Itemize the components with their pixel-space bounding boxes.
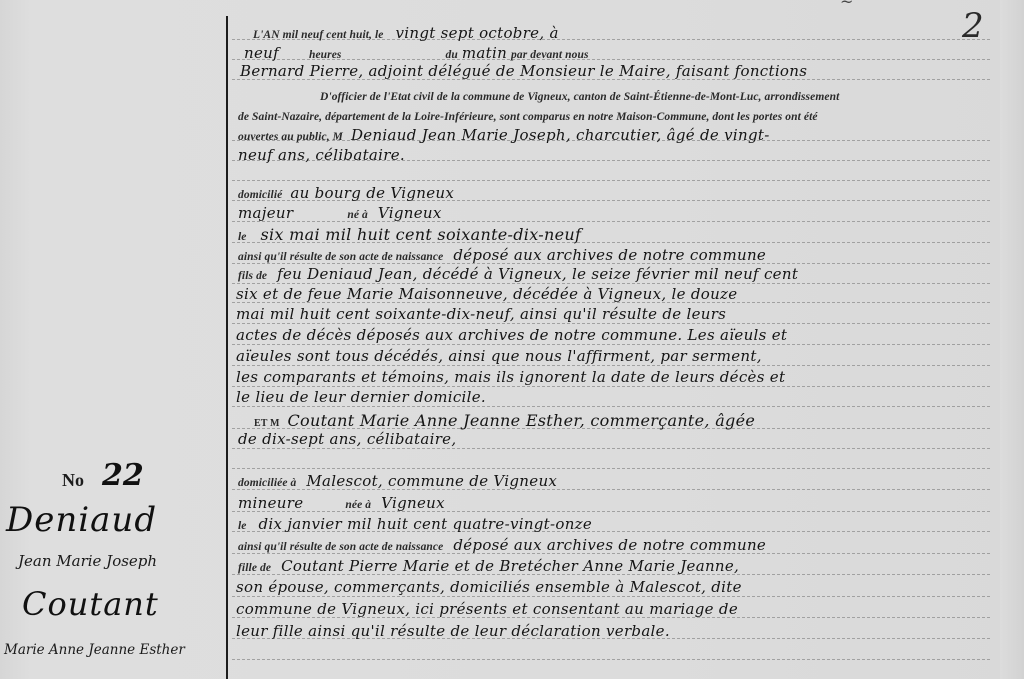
- handwritten-text: au bourg de Vigneux: [290, 184, 454, 202]
- entry-line: ainsi qu'il résulte de son acte de naiss…: [238, 248, 766, 264]
- entry-line: neuf heures du matin par devant nous: [244, 46, 589, 62]
- printed-text: heures: [309, 49, 342, 61]
- entry-line: majeur né à Vigneux: [238, 206, 442, 222]
- handwritten-text: matin: [462, 44, 507, 62]
- entry-number-label: No: [62, 470, 84, 491]
- handwritten-text: commune de Vigneux, ici présents et cons…: [236, 600, 738, 618]
- handwritten-text: six mai mil huit cent soixante-dix-neuf: [261, 225, 582, 244]
- handwritten-text: six et de feue Marie Maisonneuve, décédé…: [236, 285, 737, 303]
- handwritten-text: le lieu de leur dernier domicile.: [236, 388, 486, 406]
- handwritten-text: aïeules sont tous décédés, ainsi que nou…: [236, 347, 762, 365]
- entry-line: les comparants et témoins, mais ils igno…: [236, 370, 785, 386]
- entry-line: leur fille ainsi qu'il résulte de leur d…: [236, 624, 670, 640]
- handwritten-text: Vigneux: [378, 204, 442, 222]
- printed-text: domicilié: [238, 189, 282, 201]
- entry-line: domiciliée à Malescot, commune de Vigneu…: [238, 474, 557, 490]
- ruled-line: [232, 344, 990, 345]
- entry-line: son épouse, commerçants, domiciliés ense…: [236, 580, 742, 596]
- entry-line: mai mil huit cent soixante-dix-neuf, ain…: [236, 307, 726, 323]
- handwritten-text: actes de décès déposés aux archives de n…: [236, 326, 787, 344]
- entry-line: le lieu de leur dernier domicile.: [236, 390, 486, 406]
- pencil-annotation: ~: [840, 0, 853, 11]
- entry-line: ET M Coutant Marie Anne Jeanne Esther, c…: [254, 413, 755, 430]
- ruled-line: [232, 180, 990, 181]
- groom-surname: Deniaud: [6, 500, 157, 540]
- entry-line: domicilié au bourg de Vigneux: [238, 186, 454, 202]
- entry-line: de Saint-Nazaire, département de la Loir…: [238, 108, 818, 124]
- printed-text: ainsi qu'il résulte de son acte de naiss…: [238, 251, 443, 263]
- handwritten-text: son épouse, commerçants, domiciliés ense…: [236, 578, 742, 596]
- handwritten-text: vingt sept octobre, à: [396, 24, 559, 42]
- handwritten-text: feu Deniaud Jean, décédé à Vigneux, le s…: [277, 265, 798, 283]
- page-mark: 2: [962, 6, 984, 46]
- entry-line: fille de Coutant Pierre Marie et de Bret…: [238, 559, 739, 575]
- handwritten-text: déposé aux archives de notre commune: [453, 246, 766, 264]
- handwritten-text: neuf: [244, 44, 279, 62]
- handwritten-text: dix janvier mil huit cent quatre-vingt-o…: [259, 515, 593, 533]
- ruled-line: [232, 283, 990, 284]
- printed-text: ET M: [254, 418, 280, 429]
- entry-line: six et de feue Marie Maisonneuve, décédé…: [236, 287, 737, 303]
- ruled-line: [232, 386, 990, 387]
- ruled-line: [232, 448, 990, 449]
- groom-given-names: Jean Marie Joseph: [18, 552, 157, 570]
- printed-text: domiciliée à: [238, 477, 296, 489]
- entry-line: fils de feu Deniaud Jean, décédé à Vigne…: [238, 267, 798, 283]
- entry-line: mineure née à Vigneux: [238, 496, 445, 512]
- handwritten-text: déposé aux archives de notre commune: [453, 536, 766, 554]
- handwritten-text: leur fille ainsi qu'il résulte de leur d…: [236, 622, 670, 640]
- printed-text: par devant nous: [511, 49, 589, 61]
- handwritten-text: mineure: [238, 494, 303, 512]
- printed-text: D'officier de l'Etat civil de la commune…: [320, 91, 839, 103]
- handwritten-text: de dix-sept ans, célibataire,: [238, 430, 456, 448]
- handwritten-text: Coutant Marie Anne Jeanne Esther, commer…: [288, 411, 756, 430]
- entry-line: D'officier de l'Etat civil de la commune…: [320, 88, 839, 104]
- bride-given-names: Marie Anne Jeanne Esther: [4, 642, 185, 658]
- handwritten-text: Bernard Pierre, adjoint délégué de Monsi…: [240, 62, 807, 80]
- handwritten-text: Deniaud Jean Marie Joseph, charcutier, â…: [351, 126, 770, 144]
- printed-text: L'AN mil neuf cent huit, le: [253, 29, 384, 41]
- handwritten-text: Malescot, commune de Vigneux: [306, 472, 557, 490]
- entry-number: 22: [102, 458, 144, 493]
- entry-line: le dix janvier mil huit cent quatre-ving…: [238, 517, 592, 533]
- entry-line: le six mai mil huit cent soixante-dix-ne…: [238, 227, 581, 244]
- entry-line: Bernard Pierre, adjoint délégué de Monsi…: [240, 64, 807, 80]
- handwritten-text: mai mil huit cent soixante-dix-neuf, ain…: [236, 305, 726, 323]
- printed-text: de Saint-Nazaire, département de la Loir…: [238, 111, 818, 123]
- printed-text: né à: [347, 209, 368, 221]
- register-page: ~ 2 L'AN mil neuf cent huit, le vingt se…: [0, 0, 1024, 679]
- bride-surname: Coutant: [22, 585, 159, 623]
- ruled-line: [232, 596, 990, 597]
- entry-line: commune de Vigneux, ici présents et cons…: [236, 602, 738, 618]
- entry-line: ouvertes au public, M Deniaud Jean Marie…: [238, 128, 770, 144]
- entry-line: ainsi qu'il résulte de son acte de naiss…: [238, 538, 766, 554]
- printed-text: ainsi qu'il résulte de son acte de naiss…: [238, 541, 443, 553]
- printed-text: le: [238, 520, 247, 532]
- entry-line: aïeules sont tous décédés, ainsi que nou…: [236, 349, 762, 365]
- ruled-line: [232, 406, 990, 407]
- printed-text: du: [446, 49, 458, 61]
- entry-line: de dix-sept ans, célibataire,: [238, 432, 456, 448]
- handwritten-text: neuf ans, célibataire.: [238, 146, 405, 164]
- entry-line: neuf ans, célibataire.: [238, 148, 405, 164]
- printed-text: fille de: [238, 562, 271, 574]
- handwritten-text: majeur: [238, 204, 293, 222]
- entry-line: L'AN mil neuf cent huit, le vingt sept o…: [253, 26, 559, 42]
- handwritten-text: Coutant Pierre Marie et de Bretécher Ann…: [281, 557, 739, 575]
- margin-rule: [226, 16, 228, 679]
- printed-text: née à: [345, 499, 371, 511]
- margin-entry-index: No 22 Deniaud Jean Marie Joseph Coutant …: [0, 450, 226, 679]
- printed-text: ouvertes au public, M: [238, 131, 343, 143]
- ruled-line: [232, 659, 990, 660]
- ruled-line: [232, 365, 990, 366]
- entry-line: actes de décès déposés aux archives de n…: [236, 328, 787, 344]
- handwritten-text: les comparants et témoins, mais ils igno…: [236, 368, 785, 386]
- page-edge: [1000, 0, 1024, 679]
- printed-text: le: [238, 231, 247, 243]
- ruled-line: [232, 323, 990, 324]
- printed-text: fils de: [238, 270, 267, 282]
- handwritten-text: Vigneux: [381, 494, 445, 512]
- ruled-line: [232, 468, 990, 469]
